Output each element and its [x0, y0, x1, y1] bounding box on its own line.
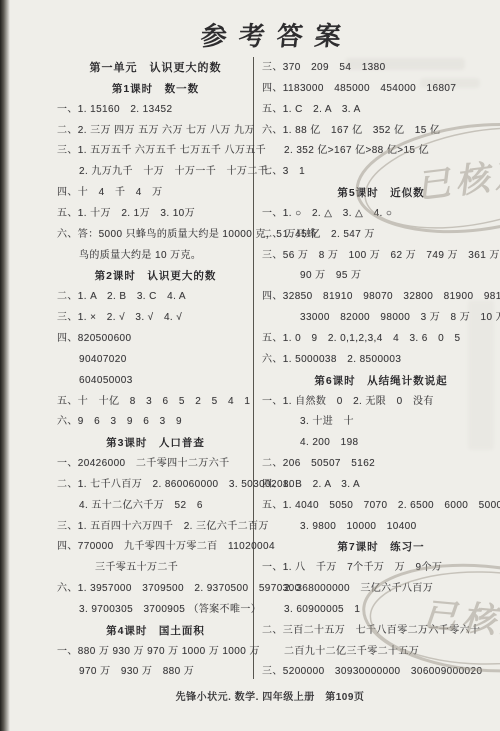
answer-line: 三千零五十万二千 [57, 558, 254, 579]
answer-line: 2. 352 亿>167 亿>88 亿>15 亿 [262, 141, 500, 162]
answer-line: 一、1. ○ 2. △ 3. △ 4. ○ [262, 204, 500, 225]
scan-edge-shadow [0, 0, 10, 731]
answer-line: 三、1. 五百四十六万四千 2. 三亿六千二百万 [57, 517, 254, 538]
lesson-header: 第3课时 人口普查 [57, 433, 254, 454]
answer-line: 七、3 1 [262, 162, 500, 183]
answer-line: 3. 十进 十 [262, 412, 500, 433]
answer-line: 33000 82000 98000 3 万 8 万 10 万 [262, 308, 500, 329]
answer-line: 四、十 4 千 4 万 [57, 183, 254, 204]
answer-line: 二、206 50507 5162 [262, 454, 500, 475]
answer-line: 90407020 [57, 350, 254, 371]
left-answer-column: 第一单元 认识更大的数第1课时 数一数一、1. 15160 2. 13452二、… [57, 58, 254, 683]
answer-line: 3. 60900005 1 [262, 600, 500, 621]
answer-line: 一、1. 15160 2. 13452 [57, 100, 254, 121]
answer-line: 三、370 209 54 1380 [262, 58, 500, 79]
answer-line: 4. 五十二亿六千万 52 6 [57, 496, 254, 517]
answer-line: 一、1. 自然数 0 2. 无限 0 没有 [262, 392, 500, 413]
answer-line: 五、1. 4040 5050 7070 2. 6500 6000 5000 [262, 496, 500, 517]
answer-line: 四、32850 81910 98070 32800 81900 98100 [262, 287, 500, 308]
answer-line: 六、1. 3957000 3709500 2. 9370500 5970300 [57, 579, 254, 600]
answer-line: 二、2. 三万 四万 五万 六万 七万 八万 九万 [57, 121, 254, 142]
answer-line: 一、20426000 二千零四十二万六千 [57, 454, 254, 475]
right-answer-column: 三、370 209 54 1380四、1183000 485000 454000… [262, 58, 500, 683]
answer-line: 二、1. 45 亿 2. 547 万 [262, 225, 500, 246]
answer-line: 三、1. × 2. √ 3. √ 4. √ [57, 308, 254, 329]
answer-line: 四、770000 九千零四十万零二百 11020004 [57, 537, 254, 558]
answer-line: 90 万 95 万 [262, 266, 500, 287]
unit-header: 第一单元 认识更大的数 [57, 58, 254, 79]
answer-line: 4. 200 198 [262, 433, 500, 454]
answer-line: 970 万 930 万 880 万 [57, 662, 254, 683]
answer-line: 二百九十二亿三千零二十五万 [262, 642, 500, 663]
answer-line: 一、880 万 930 万 970 万 1000 万 1000 万 [57, 642, 254, 663]
answer-line: 四、820500600 [57, 329, 254, 350]
answer-line: 三、5200000 30930000000 306009000020 [262, 662, 500, 683]
answer-line: 一、1. 八 千万 7个千万 万 9个万 [262, 558, 500, 579]
answer-line: 六、1. 88 亿 167 亿 352 亿 15 亿 [262, 121, 500, 142]
answer-line: 六、9 6 3 9 6 3 9 [57, 412, 254, 433]
answer-line: 五、1. 十万 2. 1万 3. 10万 [57, 204, 254, 225]
answer-line: 六、答：5000 只蜂鸟的质量大约是 10000 克，5 万只蜂 [57, 225, 254, 246]
lesson-header: 第2课时 认识更大的数 [57, 266, 254, 287]
answer-line: 四、1. B 2. A 3. A [262, 475, 500, 496]
answer-line: 3. 9700305 3700905 （答案不唯一） [57, 600, 254, 621]
answer-line: 鸟的质量大约是 10 万克。 [57, 246, 254, 267]
answer-line: 三、1. 五万五千 六万五千 七万五千 八万五千 [57, 141, 254, 162]
answer-line: 二、1. A 2. B 3. C 4. A [57, 287, 254, 308]
lesson-header: 第5课时 近似数 [262, 183, 500, 204]
page-footer: 先锋小状元. 数学. 四年级上册 第109页 [110, 688, 430, 703]
lesson-header: 第6课时 从结绳计数说起 [262, 371, 500, 392]
answer-line: 604050003 [57, 371, 254, 392]
answer-line: 2. 368000000 三亿六千八百万 [262, 579, 500, 600]
answer-line: 五、1. 0 9 2. 0,1,2,3,4 4 3. 6 0 5 [262, 329, 500, 350]
answer-line: 六、1. 5000038 2. 8500003 [262, 350, 500, 371]
answer-line: 五、1. C 2. A 3. A [262, 100, 500, 121]
answer-line: 2. 九万九千 十万 十万一千 十万二千 [57, 162, 254, 183]
lesson-header: 第7课时 练习一 [262, 537, 500, 558]
answer-line: 三、56 万 8 万 100 万 62 万 749 万 361 万 [262, 246, 500, 267]
answer-line: 五、十 十亿 8 3 6 5 2 5 4 1 [57, 392, 254, 413]
lesson-header: 第4课时 国土面积 [57, 621, 254, 642]
answer-line: 二、1. 七千八百万 2. 860060000 3. 503002080 [57, 475, 254, 496]
lesson-header: 第1课时 数一数 [57, 79, 254, 100]
page-title: 参考答案 [0, 16, 500, 53]
scanned-answer-page: 参考答案 第一单元 认识更大的数第1课时 数一数一、1. 15160 2. 13… [0, 0, 500, 731]
answer-line: 四、1183000 485000 454000 16807 [262, 79, 500, 100]
answer-line: 3. 9800 10000 10400 [262, 517, 500, 538]
answer-line: 二、三百二十五万 七千八百零二万六千零六十 [262, 621, 500, 642]
